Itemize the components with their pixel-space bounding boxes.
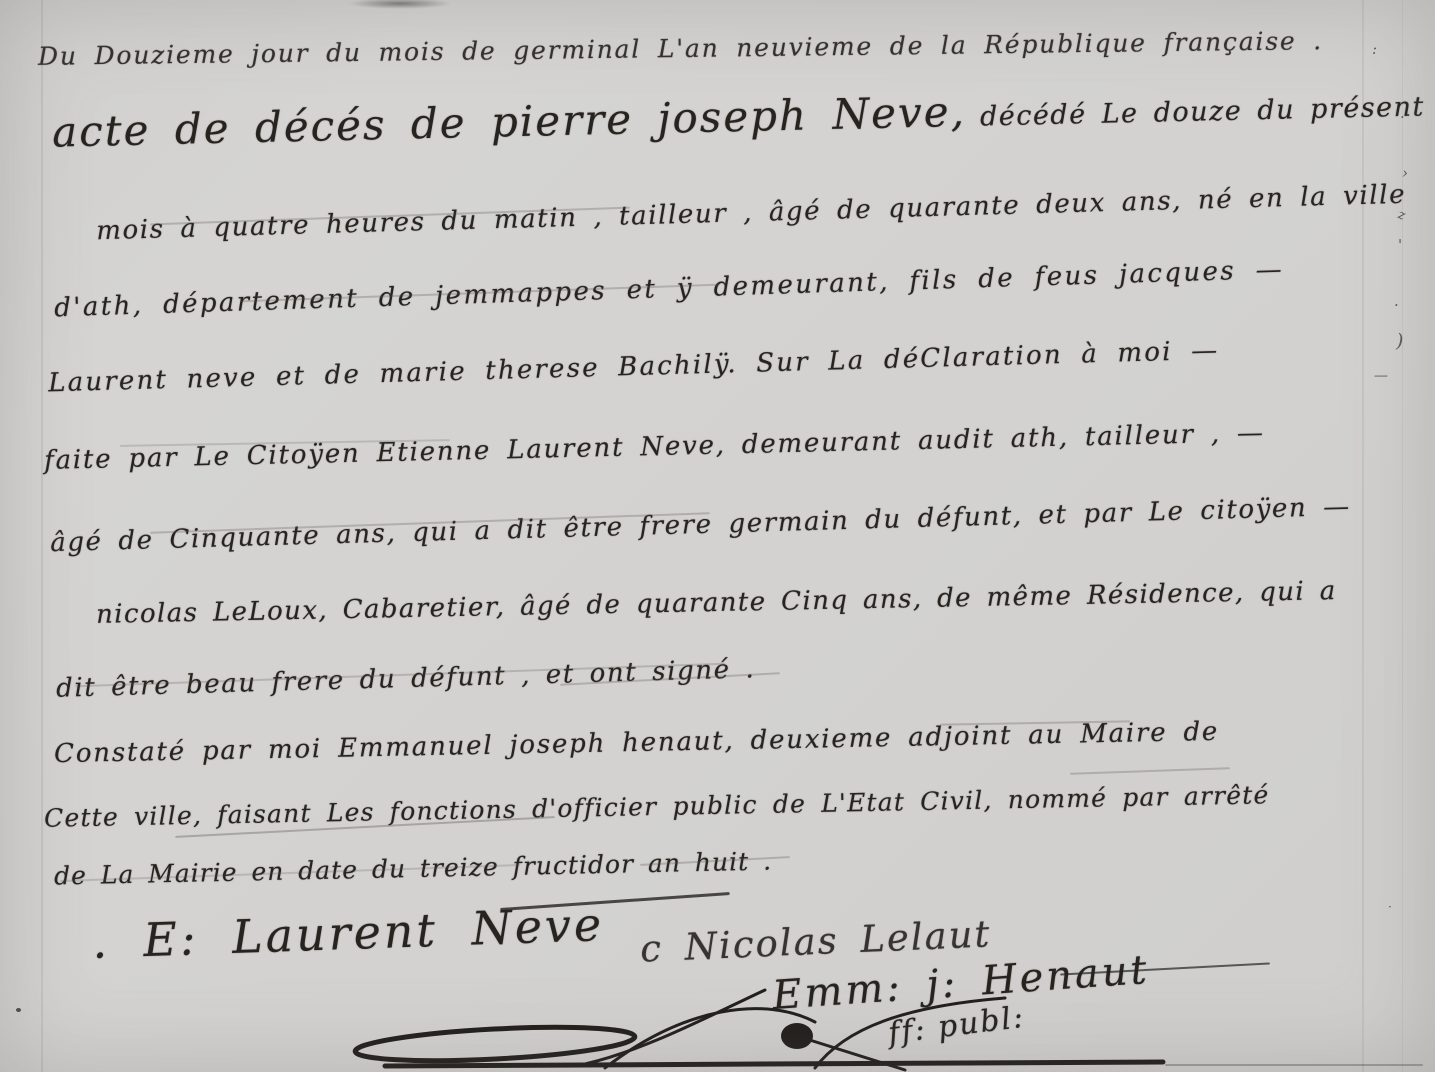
body-line-5: âgé de Cinquante ans, qui a dit être fre… bbox=[50, 492, 1351, 558]
edge-ink-mark: · bbox=[1388, 900, 1392, 914]
edge-ink-mark: · bbox=[1400, 108, 1405, 126]
body-line-7: dit être beau frere du défunt , et ont s… bbox=[56, 654, 756, 704]
body-line-8: Constaté par moi Emmanuel joseph henaut,… bbox=[54, 717, 1220, 769]
faint-stroke bbox=[1070, 767, 1230, 775]
edge-ink-mark: ) bbox=[1396, 330, 1403, 352]
manuscript-page: Du Douzieme jour du mois de germinal L'a… bbox=[0, 0, 1435, 1072]
body-line-4: faite par Le Citoÿen Etienne Laurent Nev… bbox=[44, 418, 1265, 476]
edge-ink-mark: › bbox=[1402, 164, 1408, 182]
date-heading: Du Douzieme jour du mois de germinal L'a… bbox=[38, 26, 1323, 71]
body-line-1: mois à quatre heures du matin , tailleur… bbox=[96, 180, 1407, 247]
act-title: acte de décés de pierre joseph Neve, bbox=[52, 87, 967, 157]
act-title-continuation: décédé Le douze du présent bbox=[980, 91, 1426, 132]
body-line-6: nicolas LeLoux, Cabaretier, âgé de quara… bbox=[96, 576, 1337, 630]
body-line-10: de La Mairie en date du treize fructidor… bbox=[54, 846, 773, 890]
fold-crease-right bbox=[1362, 0, 1364, 1072]
ink-smudge-top bbox=[348, 0, 452, 9]
edge-ink-mark: — bbox=[1374, 368, 1388, 384]
edge-ink-mark: · bbox=[1394, 296, 1399, 314]
act-title-line: acte de décés de pierre joseph Neve,décé… bbox=[52, 76, 1426, 156]
notary-paraph-flourish bbox=[345, 988, 1175, 1072]
fold-crease-right-2 bbox=[1402, 0, 1403, 1072]
fold-crease-left bbox=[41, 0, 43, 1072]
body-line-2: d'ath, département de jemmappes et ÿ dem… bbox=[54, 255, 1285, 324]
bottom-edge-line bbox=[1165, 1064, 1423, 1066]
edge-ink-mark: : bbox=[1372, 40, 1377, 58]
signature-etienne-laurent-neve: . E: Laurent Neve bbox=[91, 897, 605, 969]
ink-dot-bottom-left bbox=[16, 1008, 21, 1012]
body-line-3: Laurent neve et de marie therese Bachilÿ… bbox=[48, 336, 1220, 399]
edge-ink-mark: ' bbox=[1398, 236, 1402, 254]
body-line-9: Cette ville, faisant Les fonctions d'off… bbox=[44, 780, 1270, 833]
